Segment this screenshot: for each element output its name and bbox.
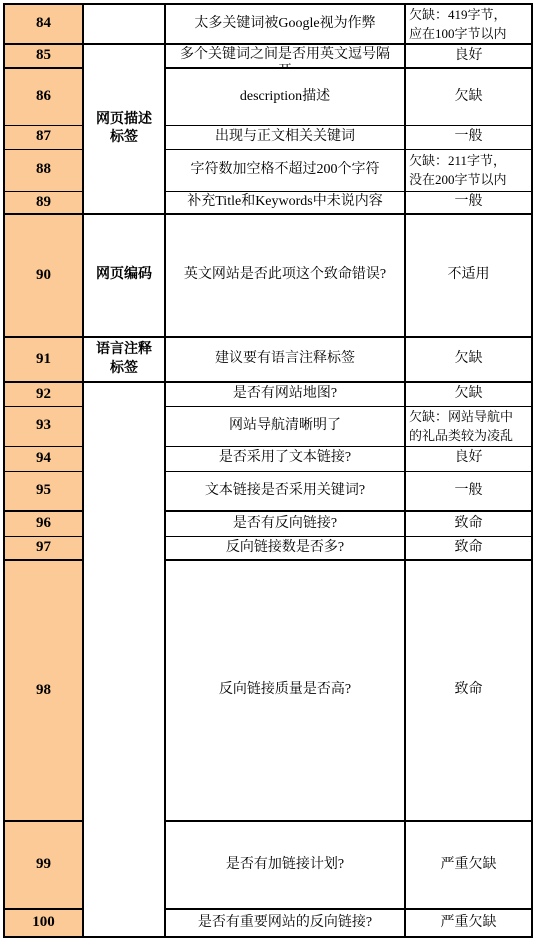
table-row: 84 太多关键词被Google视为作弊 欠缺：419字节， 应在100字节以内 <box>4 4 532 44</box>
status-cell: 良好 <box>405 446 532 471</box>
row-number-cell: 89 <box>4 191 83 214</box>
description-cell: description描述 <box>165 68 405 125</box>
row-number-cell: 99 <box>4 821 83 909</box>
description-cell: 反向链接质量是否高? <box>165 560 405 821</box>
status-cell: 一般 <box>405 471 532 511</box>
status-cell: 欠缺：211字节， 没在200字节以内 <box>405 149 532 191</box>
category-cell <box>83 382 165 937</box>
clipped-text: 多个关键词之间是否用英文逗号隔 开 <box>168 46 402 67</box>
status-cell: 欠缺 <box>405 382 532 406</box>
description-cell: 是否有反向链接? <box>165 511 405 536</box>
status-cell: 致命 <box>405 536 532 560</box>
row-number-cell: 87 <box>4 125 83 149</box>
row-number-cell: 84 <box>4 4 83 44</box>
description-cell: 文本链接是否采用关键词? <box>165 471 405 511</box>
status-cell: 欠缺：419字节， 应在100字节以内 <box>405 4 532 44</box>
table-row: 92 是否有网站地图? 欠缺 <box>4 382 532 406</box>
description-cell: 建议要有语言注释标签 <box>165 337 405 382</box>
row-number-cell: 92 <box>4 382 83 406</box>
description-cell: 多个关键词之间是否用英文逗号隔 开 <box>165 44 405 68</box>
table-row: 90 网页编码 英文网站是否此项这个致命错误? 不适用 <box>4 214 532 337</box>
row-number-cell: 98 <box>4 560 83 821</box>
category-cell: 语言注释 标签 <box>83 337 165 382</box>
status-cell: 严重欠缺 <box>405 909 532 937</box>
description-cell: 出现与正文相关关键词 <box>165 125 405 149</box>
seo-audit-table: 84 太多关键词被Google视为作弊 欠缺：419字节， 应在100字节以内 … <box>3 3 533 938</box>
description-cell: 是否有重要网站的反向链接? <box>165 909 405 937</box>
category-cell: 网页描述 标签 <box>83 44 165 214</box>
status-cell: 严重欠缺 <box>405 821 532 909</box>
row-number-cell: 91 <box>4 337 83 382</box>
row-number-cell: 86 <box>4 68 83 125</box>
category-cell <box>83 4 165 44</box>
row-number-cell: 95 <box>4 471 83 511</box>
row-number-cell: 93 <box>4 406 83 446</box>
status-cell: 一般 <box>405 191 532 214</box>
status-cell: 致命 <box>405 560 532 821</box>
description-cell: 反向链接数是否多? <box>165 536 405 560</box>
status-cell: 一般 <box>405 125 532 149</box>
row-number-cell: 94 <box>4 446 83 471</box>
row-number-cell: 85 <box>4 44 83 68</box>
status-cell: 致命 <box>405 511 532 536</box>
row-number-cell: 88 <box>4 149 83 191</box>
row-number-cell: 90 <box>4 214 83 337</box>
row-number-cell: 97 <box>4 536 83 560</box>
description-cell: 补充Title和Keywords中未说内容 <box>165 191 405 214</box>
status-cell: 良好 <box>405 44 532 68</box>
description-cell: 网站导航清晰明了 <box>165 406 405 446</box>
status-cell: 欠缺 <box>405 337 532 382</box>
description-cell: 太多关键词被Google视为作弊 <box>165 4 405 44</box>
row-number-cell: 96 <box>4 511 83 536</box>
status-cell: 不适用 <box>405 214 532 337</box>
description-cell: 字符数加空格不超过200个字符 <box>165 149 405 191</box>
description-cell: 英文网站是否此项这个致命错误? <box>165 214 405 337</box>
row-number-cell: 100 <box>4 909 83 937</box>
table-row: 91 语言注释 标签 建议要有语言注释标签 欠缺 <box>4 337 532 382</box>
description-cell: 是否有网站地图? <box>165 382 405 406</box>
document-page: 84 太多关键词被Google视为作弊 欠缺：419字节， 应在100字节以内 … <box>0 0 534 943</box>
category-cell: 网页编码 <box>83 214 165 337</box>
status-cell: 欠缺 <box>405 68 532 125</box>
table-row: 85 网页描述 标签 多个关键词之间是否用英文逗号隔 开 良好 <box>4 44 532 68</box>
status-cell: 欠缺：网站导航中 的礼品类较为凌乱 <box>405 406 532 446</box>
description-cell: 是否采用了文本链接? <box>165 446 405 471</box>
description-cell: 是否有加链接计划? <box>165 821 405 909</box>
